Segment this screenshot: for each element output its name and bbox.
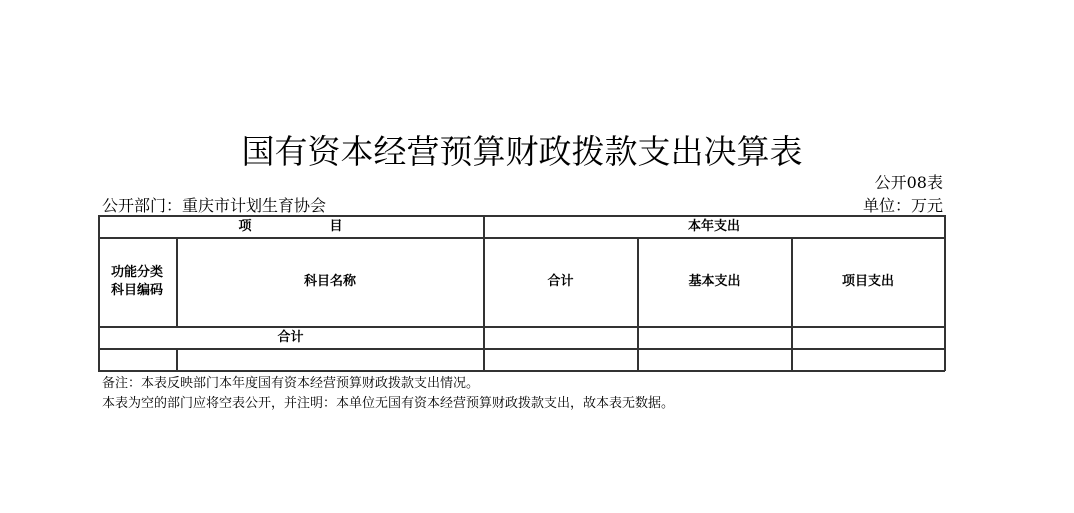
data-row-project	[792, 349, 944, 370]
table-border-right	[944, 215, 946, 371]
note-line-1: 备注：本表反映部门本年度国有资本经营预算财政拨款支出情况。	[102, 374, 674, 394]
total-row-total	[484, 327, 637, 348]
data-row-total	[484, 349, 637, 370]
header-project-expense: 项目支出	[792, 238, 944, 326]
document-title: 国有资本经营预算财政拨款支出决算表	[0, 130, 1044, 174]
expense-table: 项 目 本年支出 功能分类 科目编码 科目名称 合计 基本支出 项目支出 合计	[98, 215, 945, 370]
total-row-basic	[638, 327, 791, 348]
header-total: 合计	[484, 238, 637, 326]
total-row-label: 合计	[98, 327, 483, 348]
note-line-2: 本表为空的部门应将空表公开，并注明：本单位无国有资本经营预算财政拨款支出，故本表…	[102, 394, 674, 414]
table-number: 公开08表	[875, 173, 943, 193]
unit-label: 单位：万元	[863, 196, 943, 216]
header-function-code: 功能分类 科目编码	[98, 238, 176, 326]
header-item-group: 项 目	[98, 215, 483, 238]
data-row-name	[177, 349, 483, 370]
header-function-code-line2: 科目编码	[111, 282, 163, 300]
data-row-code	[98, 349, 176, 370]
total-row-project	[792, 327, 944, 348]
header-function-code-line1: 功能分类	[111, 264, 163, 282]
header-expense-group: 本年支出	[484, 215, 944, 238]
notes: 备注：本表反映部门本年度国有资本经营预算财政拨款支出情况。 本表为空的部门应将空…	[102, 374, 674, 414]
data-row-basic	[638, 349, 791, 370]
department-label: 公开部门：重庆市计划生育协会	[102, 196, 326, 216]
header-basic-expense: 基本支出	[638, 238, 791, 326]
header-subject-name: 科目名称	[177, 238, 483, 326]
table-border-bottom	[98, 370, 945, 372]
